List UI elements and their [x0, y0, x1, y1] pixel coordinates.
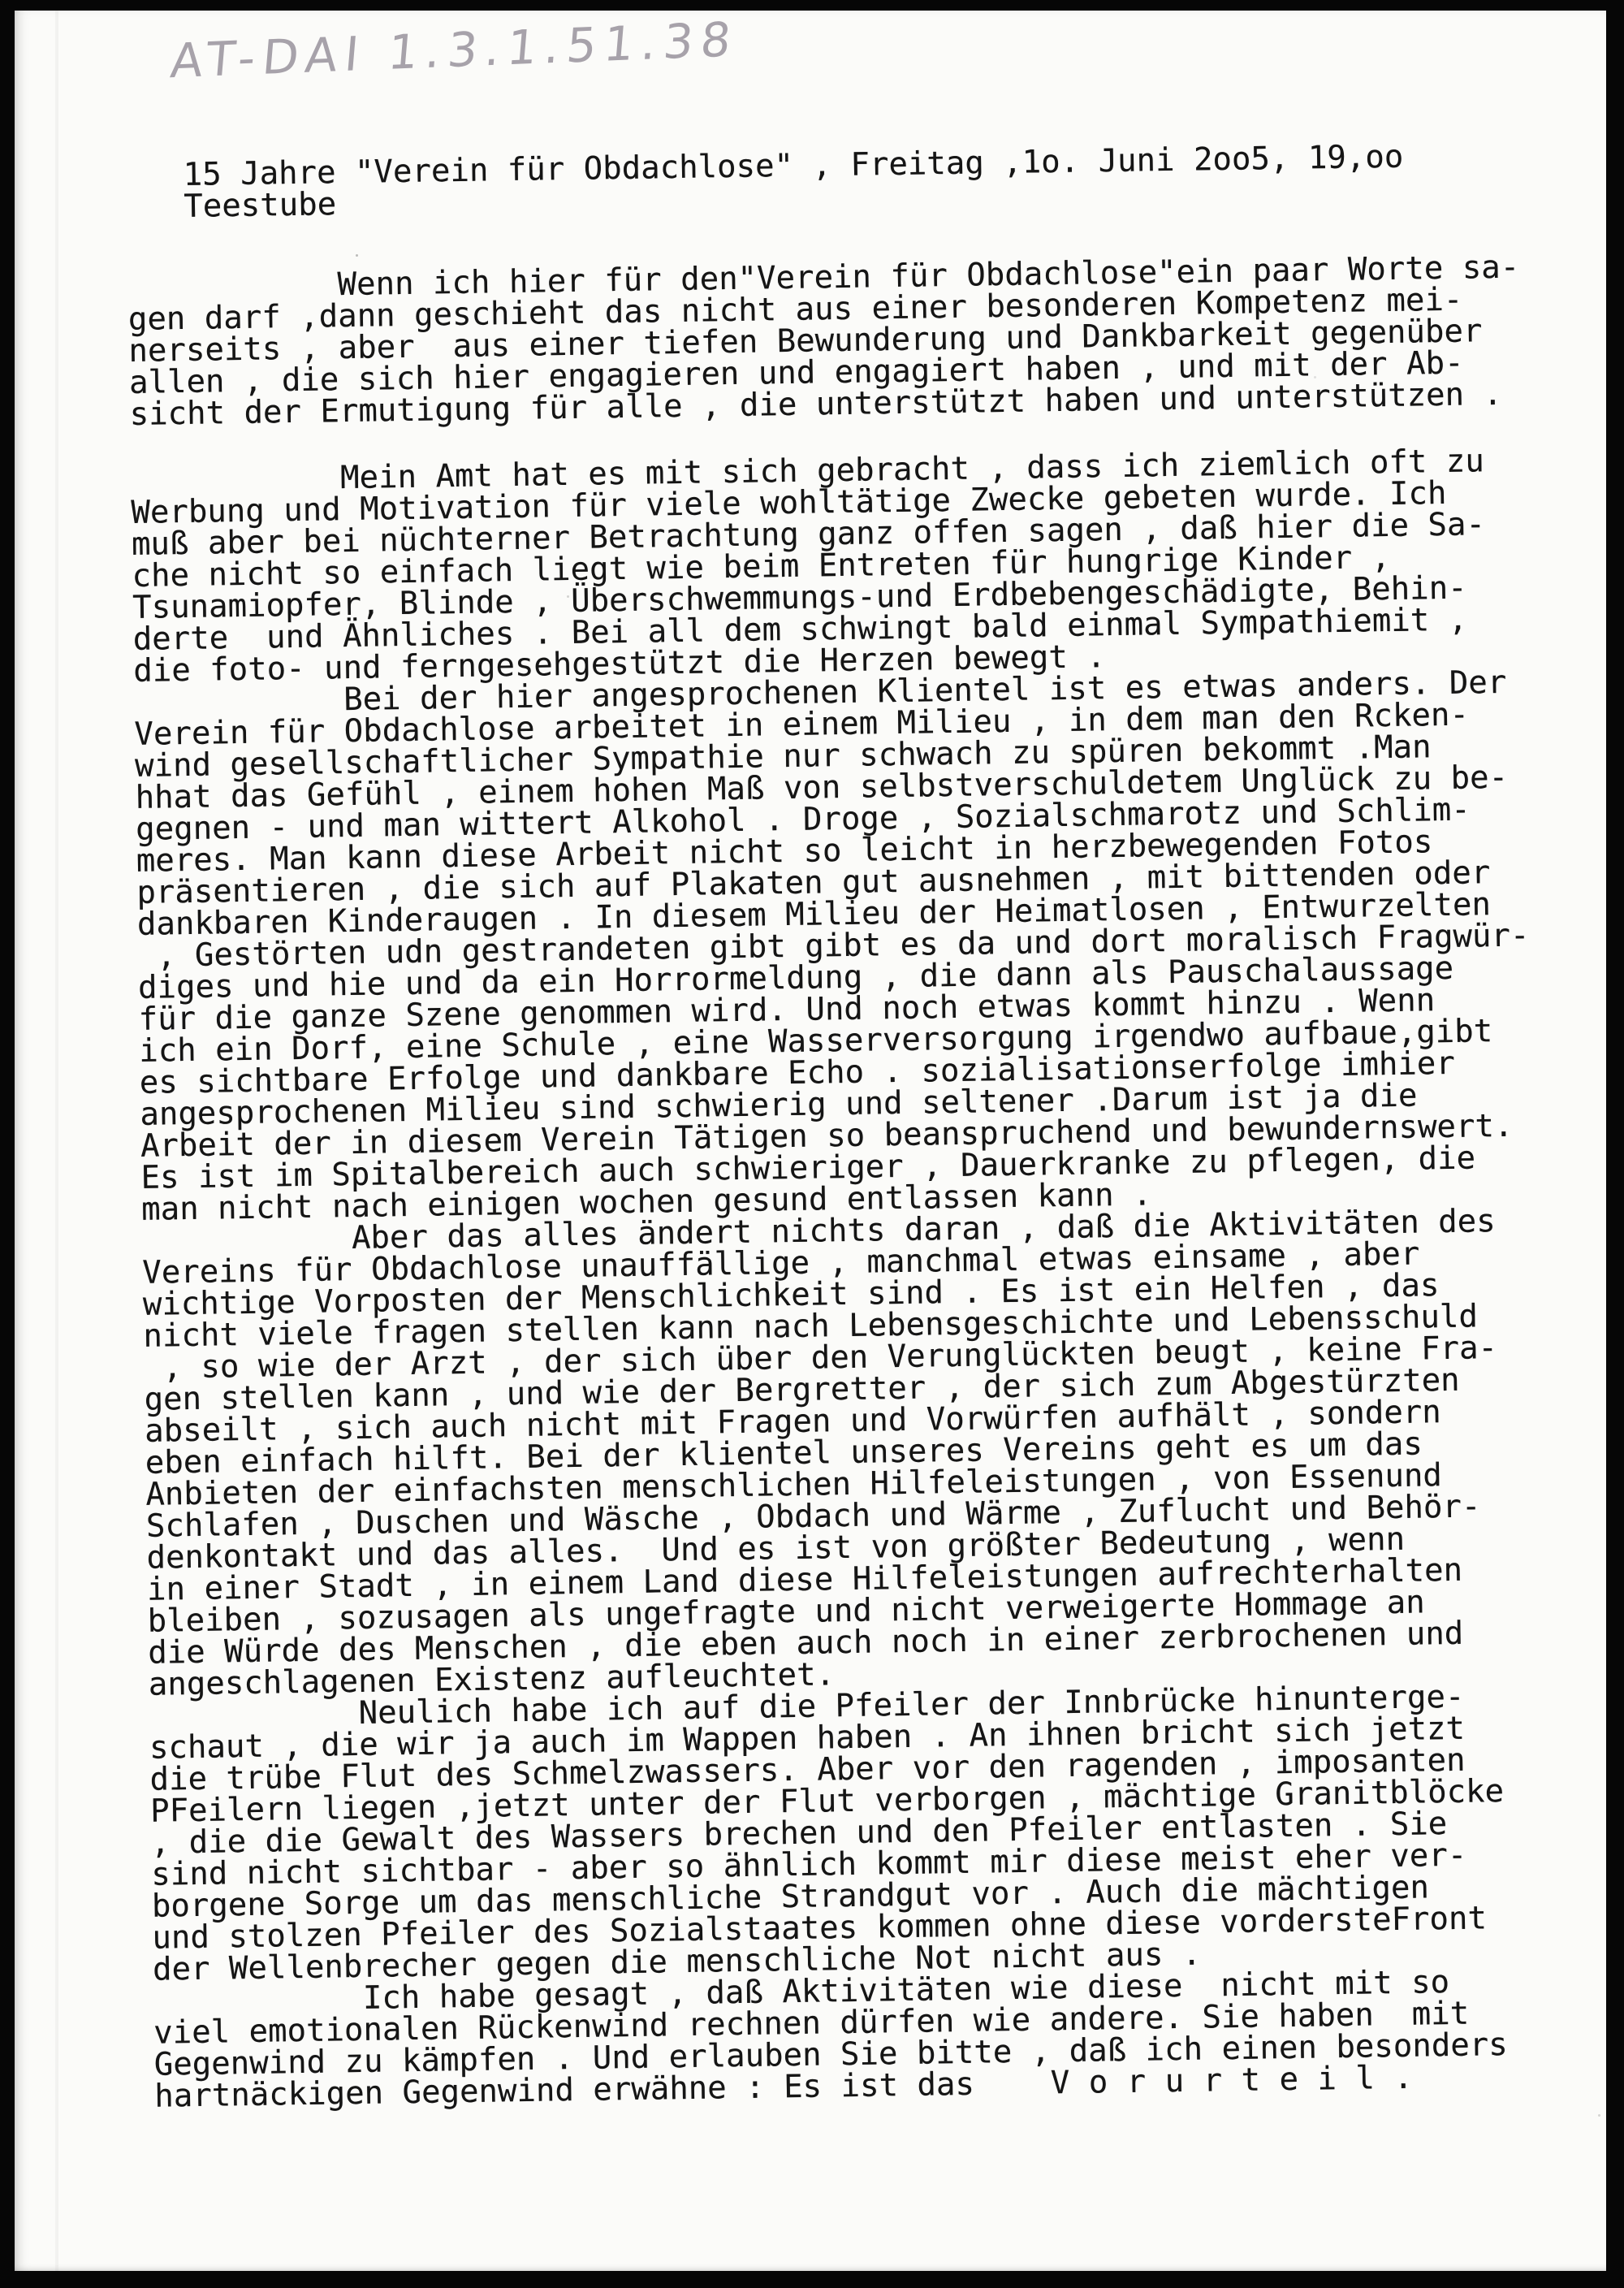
paragraph-klientel: Bei der hier angesprochenen Klientel ist…	[134, 667, 1534, 1226]
paragraph-amt: Mein Amt hat es mit sich gebracht , dass…	[131, 445, 1526, 687]
document-title: 15 Jahre "Verein für Obdachlose" , Freit…	[126, 140, 1518, 223]
paragraph-vorurteil: Ich habe gesagt , daß Aktivitäten wie di…	[153, 1965, 1546, 2112]
paragraph-aktivitaeten: Aber das alles ändert nichts daran , daß…	[141, 1205, 1540, 1700]
scanned-document-page: AT-DAI 1.3.1.51.38 15 Jahre "Verein für …	[15, 11, 1606, 2271]
typewritten-text-block: 15 Jahre "Verein für Obdachlose" , Freit…	[126, 140, 1547, 2113]
paragraph-innbruecke: Neulich habe ich auf die Pfeiler der Inn…	[149, 1680, 1544, 1985]
archive-reference-handwriting: AT-DAI 1.3.1.51.38	[168, 11, 740, 89]
paragraph-intro: Wenn ich hier für den"Verein für Obdachl…	[127, 252, 1522, 430]
